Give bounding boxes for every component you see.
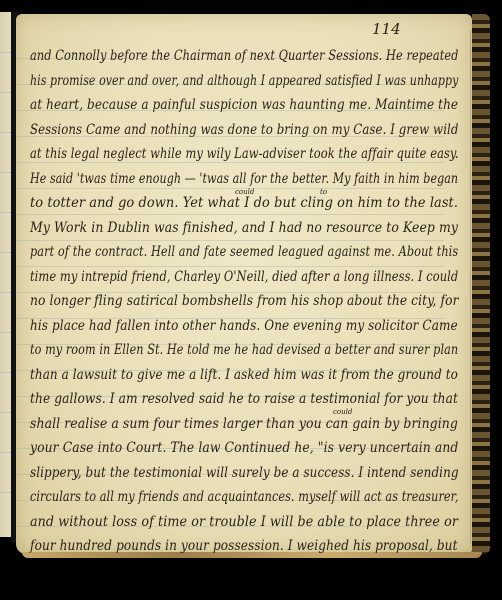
marbled-page-edge [472, 14, 490, 554]
page-number: 114 [372, 20, 401, 38]
ruled-line [16, 240, 444, 241]
text-line: his place had fallen into other hands. O… [30, 318, 458, 334]
ruled-line [16, 214, 444, 215]
text-line: He said 'twas time enough — 'twas all fo… [30, 171, 458, 187]
text-line: shall realise a sum four times larger th… [30, 416, 458, 432]
text-line: than a lawsuit to give me a lift. I aske… [30, 367, 458, 383]
ruled-line [16, 266, 444, 267]
text-line: no longer fling satirical bombshells fro… [30, 293, 459, 309]
ruled-line [16, 162, 444, 163]
interlinear-insertion: could [235, 188, 254, 196]
interlinear-insertion: to [320, 188, 327, 196]
text-line: the gallows. I am resolved said he to ra… [30, 391, 458, 407]
text-line: time my intrepid friend, Charley O'Neill… [30, 269, 458, 285]
interlinear-insertion: could [333, 408, 352, 416]
text-line: part of the contract. Hell and fate seem… [30, 244, 458, 260]
text-line: circulars to all my friends and acquaint… [30, 489, 459, 505]
text-line: to totter and go down. Yet what I do but… [30, 195, 458, 211]
text-line: and Connolly before the Chairman of next… [30, 48, 458, 64]
text-line: at heart, because a painful suspicion wa… [30, 97, 458, 113]
text-line: and without loss of time or trouble I wi… [30, 514, 458, 530]
text-line: your Case into Court. The law Continued … [30, 440, 458, 456]
text-line: Sessions Came and nothing was done to br… [30, 122, 458, 138]
text-line: four hundred pounds in your possession. … [30, 538, 458, 554]
text-line: My Work in Dublin was finished, and I ha… [30, 220, 458, 236]
text-line: at this legal neglect while my wily Law-… [30, 146, 459, 162]
text-line: slippery, but the testimonial will surel… [30, 465, 459, 481]
text-line: his promise over and over, and although … [30, 73, 458, 89]
margin-rule [470, 30, 471, 544]
ruled-line [16, 188, 444, 189]
text-line: to my room in Ellen St. He told me he ha… [30, 342, 458, 358]
